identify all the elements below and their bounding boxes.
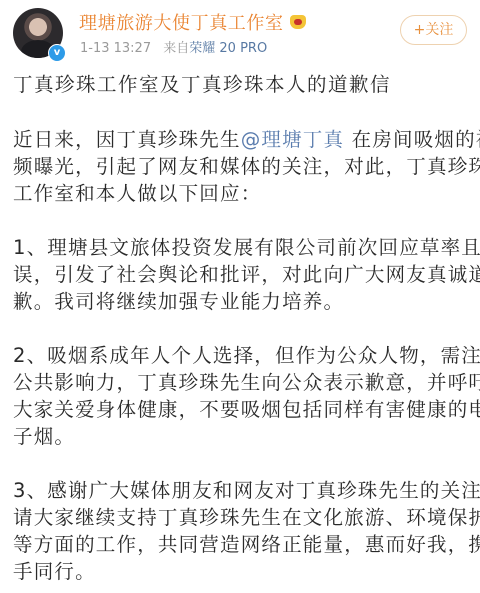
post-meta: 1-13 13:27 来自荣耀 20 PRO (80, 37, 267, 56)
paragraph-gap (13, 99, 473, 126)
point-1: 1、理塘县文旅体投资发展有限公司前次回应草率且有 误，引发了社会舆论和批评，对此… (13, 234, 473, 315)
point-line: 2、吸烟系成年人个人选择，但作为公众人物，需注意 (13, 342, 473, 369)
intro-text: 近日来，因丁真珍珠先生 (13, 128, 241, 151)
post-time: 1-13 13:27 (80, 41, 151, 56)
point-line: 3、感谢广大媒体朋友和网友对丁真珍珠先生的关注， (13, 477, 473, 504)
point-line: 歉。我司将继续加强专业能力培养。 (13, 288, 473, 315)
crown-icon (290, 15, 306, 29)
intro-line: 近日来，因丁真珍珠先生@理塘丁真 在房间吸烟的视 (13, 126, 473, 153)
author-name[interactable]: 理塘旅游大使丁真工作室 (79, 9, 284, 35)
point-line: 请大家继续支持丁真珍珠先生在文化旅游、环境保护 (13, 504, 473, 531)
paragraph-gap (13, 450, 473, 477)
verified-badge-icon: v (48, 44, 66, 62)
paragraph-gap (13, 315, 473, 342)
post-header: v 理塘旅游大使丁真工作室 1-13 13:27 来自荣耀 20 PRO +关注 (0, 0, 480, 66)
mention-link[interactable]: @理塘丁真 (241, 128, 345, 151)
author-row: 理塘旅游大使丁真工作室 (79, 9, 306, 35)
point-line: 大家关爱身体健康，不要吸烟包括同样有害健康的电 (13, 396, 473, 423)
intro-paragraph: 近日来，因丁真珍珠先生@理塘丁真 在房间吸烟的视 频曝光，引起了网友和媒体的关注… (13, 126, 473, 207)
point-line: 手同行。 (13, 558, 473, 585)
post-content: 丁真珍珠工作室及丁真珍珠本人的道歉信 近日来，因丁真珍珠先生@理塘丁真 在房间吸… (13, 71, 473, 585)
follow-button[interactable]: +关注 (400, 15, 467, 45)
post-title: 丁真珍珠工作室及丁真珍珠本人的道歉信 (13, 71, 473, 99)
intro-text: 在房间吸烟的视 (344, 128, 480, 151)
point-line: 误，引发了社会舆论和批评，对此向广大网友真诚道 (13, 261, 473, 288)
point-line: 等方面的工作，共同营造网络正能量，惠而好我，携 (13, 531, 473, 558)
paragraph-gap (13, 207, 473, 234)
point-line: 公共影响力，丁真珍珠先生向公众表示歉意，并呼吁 (13, 369, 473, 396)
source-label: 来自 (163, 41, 189, 56)
point-line: 1、理塘县文旅体投资发展有限公司前次回应草率且有 (13, 234, 473, 261)
source-device[interactable]: 荣耀 20 PRO (189, 41, 267, 56)
intro-line: 频曝光，引起了网友和媒体的关注，对此，丁真珍珠 (13, 153, 473, 180)
point-3: 3、感谢广大媒体朋友和网友对丁真珍珠先生的关注， 请大家继续支持丁真珍珠先生在文… (13, 477, 473, 585)
point-2: 2、吸烟系成年人个人选择，但作为公众人物，需注意 公共影响力，丁真珍珠先生向公众… (13, 342, 473, 450)
intro-line: 工作室和本人做以下回应： (13, 180, 473, 207)
point-line: 子烟。 (13, 423, 473, 450)
